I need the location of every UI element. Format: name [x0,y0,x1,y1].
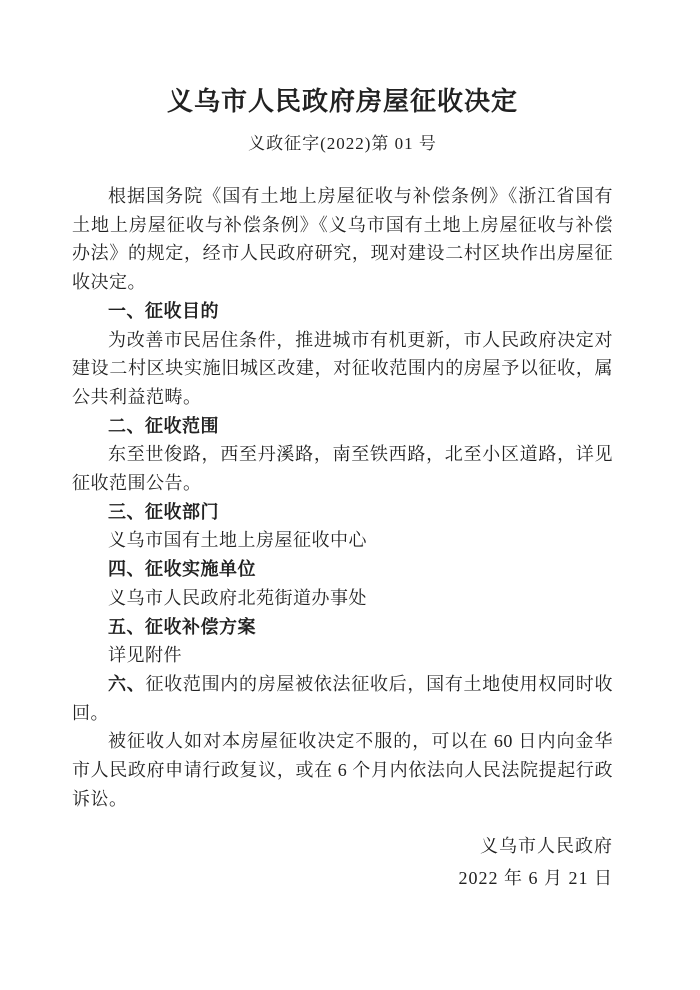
intro-paragraph: 根据国务院《国有土地上房屋征收与补偿条例》《浙江省国有土地上房屋征收与补偿条例》… [72,182,613,297]
section-6-paragraph: 六、征收范围内的房屋被依法征收后，国有土地使用权同时收回。 [72,670,613,727]
document-body: 根据国务院《国有土地上房屋征收与补偿条例》《浙江省国有土地上房屋征收与补偿条例》… [72,182,613,813]
section-3-body: 义乌市国有土地上房屋征收中心 [72,526,613,555]
section-2-heading: 二、征收范围 [72,412,613,441]
section-2-body: 东至世俊路，西至丹溪路，南至铁西路，北至小区道路，详见征收范围公告。 [72,440,613,497]
document-number: 义政征字(2022)第 01 号 [72,132,613,156]
section-5-heading: 五、征收补偿方案 [72,613,613,642]
section-6-number: 六、 [108,674,145,694]
appeal-paragraph: 被征收人如对本房屋征收决定不服的，可以在 60 日内向金华市人民政府申请行政复议… [72,727,613,813]
section-1-body: 为改善市民居住条件，推进城市有机更新，市人民政府决定对建设二村区块实施旧城区改建… [72,326,613,412]
section-5-body: 详见附件 [72,641,613,670]
section-3-heading: 三、征收部门 [72,498,613,527]
document-page: 义乌市人民政府房屋征收决定 义政征字(2022)第 01 号 根据国务院《国有土… [0,0,700,990]
signature-block: 义乌市人民政府 2022 年 6 月 21 日 [72,830,613,894]
section-4-heading: 四、征收实施单位 [72,555,613,584]
issuer-name: 义乌市人民政府 [72,830,613,862]
document-title: 义乌市人民政府房屋征收决定 [72,86,613,118]
section-1-heading: 一、征收目的 [72,297,613,326]
section-4-body: 义乌市人民政府北苑街道办事处 [72,584,613,613]
section-6-text: 征收范围内的房屋被依法征收后，国有土地使用权同时收回。 [72,674,613,723]
issue-date: 2022 年 6 月 21 日 [72,862,613,894]
